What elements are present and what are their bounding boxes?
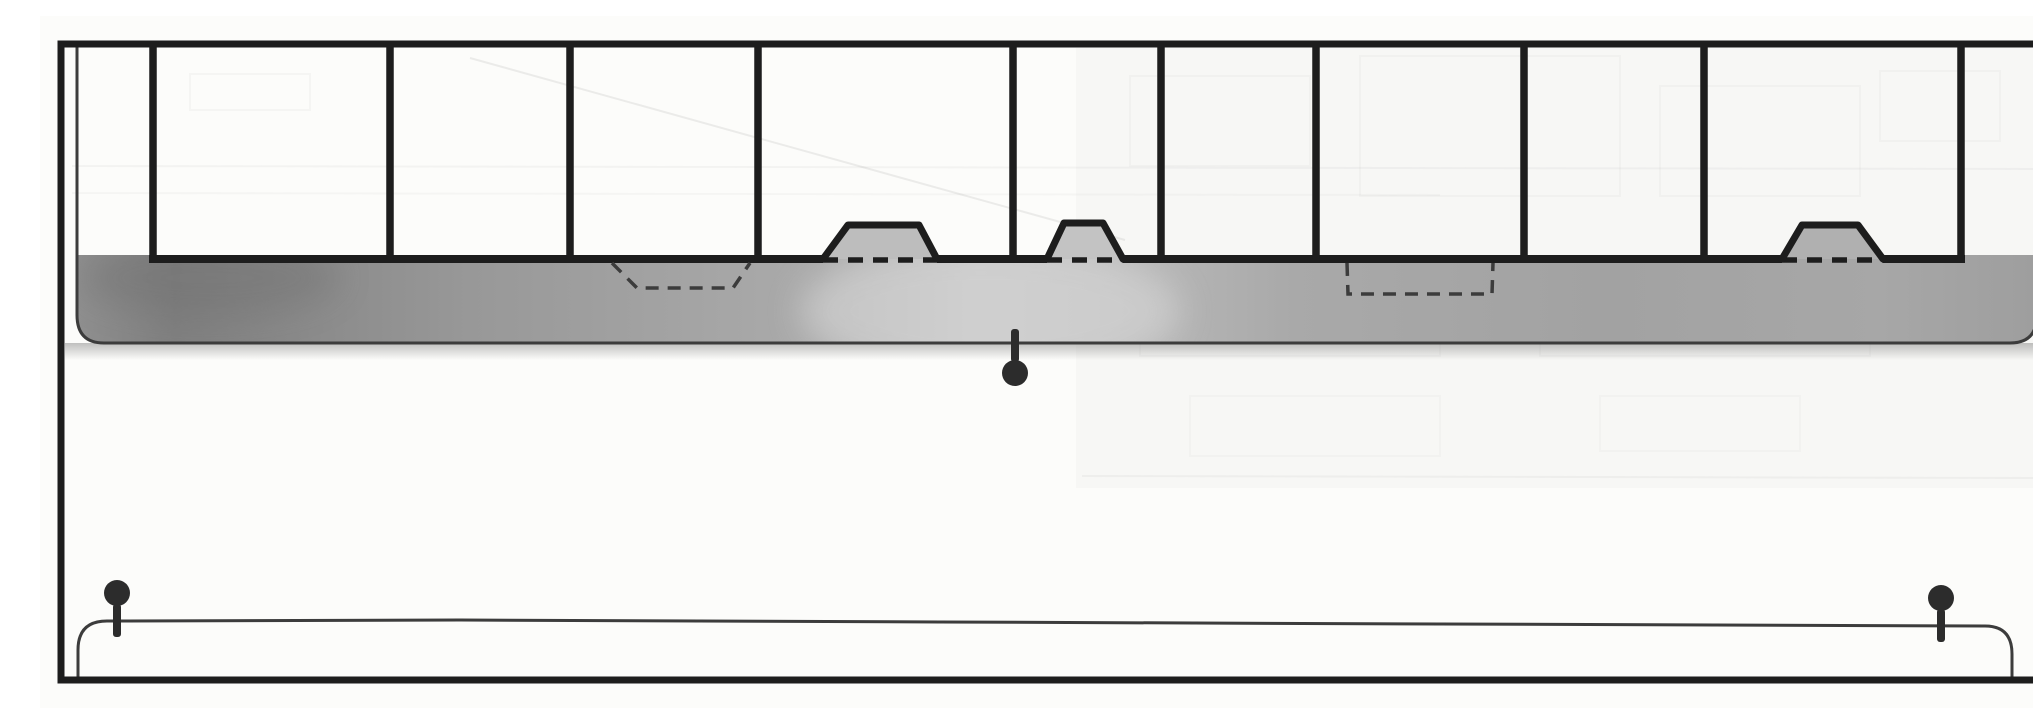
pin-stem-strip-pin-right xyxy=(1937,609,1945,642)
pin-stem-strip-pin-left xyxy=(113,604,121,637)
pin-ball-strip-pin-left xyxy=(104,580,130,606)
pin-ball-strip-pin-right xyxy=(1928,585,1954,611)
pin-stem-band-pin xyxy=(1011,329,1019,362)
pin-ball-band-pin xyxy=(1002,360,1028,386)
scanned-figure xyxy=(40,16,2033,708)
band-fade-below xyxy=(65,343,2033,360)
diagram-canvas xyxy=(40,16,2033,708)
